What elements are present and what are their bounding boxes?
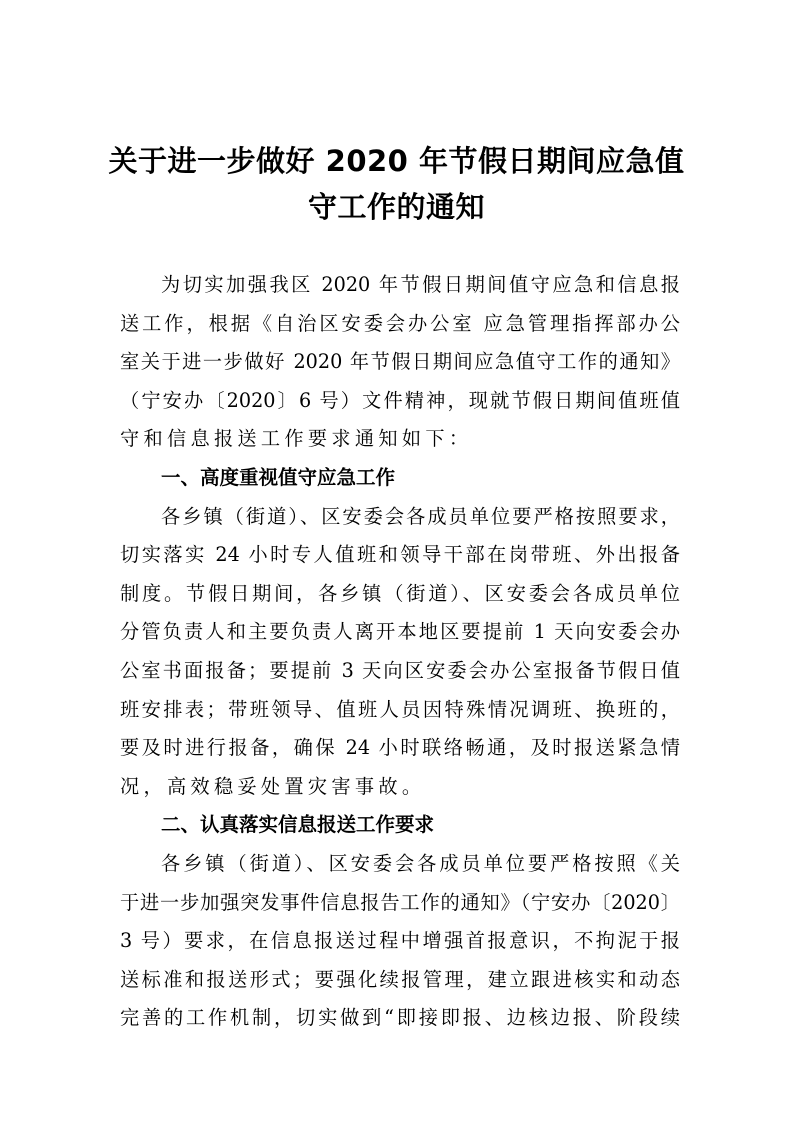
paragraph-line: 3 号）要求，在信息报送过程中增强首报意识，不拘泥于报 [120,922,680,961]
section-2: 二、认真落实信息报送工作要求 各乡镇（街道）、区安委会各成员单位要严格按照《关 … [120,806,680,1038]
paragraph-line: 室关于进一步做好 2020 年节假日期间应急值守工作的通知》 [120,343,680,382]
paragraph-line: 于进一步加强突发事件信息报告工作的通知》（宁安办〔2020〕 [120,884,680,923]
paragraph-line: 公室书面报备；要提前 3 天向区安委会办公室报备节假日值 [120,652,680,691]
paragraph-line: 完善的工作机制，切实做到“即接即报、边核边报、阶段续 [120,999,680,1038]
title-line-2: 守工作的通知 [100,184,693,230]
section-1: 一、高度重视值守应急工作 各乡镇（街道）、区安委会各成员单位要严格按照要求， 切… [120,459,680,806]
paragraph-line: 各乡镇（街道）、区安委会各成员单位要严格按照《关 [120,845,680,884]
paragraph-line: 为切实加强我区 2020 年节假日期间值守应急和信息报 [120,266,680,305]
paragraph-line: 送标准和报送形式；要强化续报管理，建立跟进核实和动态 [120,961,680,1000]
paragraph-line: 班安排表；带班领导、值班人员因特殊情况调班、换班的， [120,691,680,730]
section-heading: 一、高度重视值守应急工作 [120,459,680,498]
paragraph-line: 各乡镇（街道）、区安委会各成员单位要严格按照要求， [120,498,680,537]
paragraph-line: 守和信息报送工作要求通知如下： [120,420,680,459]
paragraph-line: （宁安办〔2020〕6 号）文件精神，现就节假日期间值班值 [120,382,680,421]
paragraph-line: 况，高效稳妥处置灾害事故。 [120,768,680,807]
title-line-1: 关于进一步做好 2020 年节假日期间应急值 [100,138,693,184]
paragraph-line: 分管负责人和主要负责人离开本地区要提前 1 天向安委会办 [120,613,680,652]
section-heading: 二、认真落实信息报送工作要求 [120,806,680,845]
document-page: 关于进一步做好 2020 年节假日期间应急值 守工作的通知 为切实加强我区 20… [0,0,793,1122]
intro-paragraph: 为切实加强我区 2020 年节假日期间值守应急和信息报 送工作，根据《自治区安委… [120,266,680,459]
paragraph-line: 切实落实 24 小时专人值班和领导干部在岗带班、外出报备 [120,536,680,575]
paragraph-line: 要及时进行报备，确保 24 小时联络畅通，及时报送紧急情 [120,729,680,768]
document-body: 为切实加强我区 2020 年节假日期间值守应急和信息报 送工作，根据《自治区安委… [120,266,680,1038]
document-title: 关于进一步做好 2020 年节假日期间应急值 守工作的通知 [100,138,693,230]
paragraph-line: 制度。节假日期间，各乡镇（街道）、区安委会各成员单位 [120,575,680,614]
paragraph-line: 送工作，根据《自治区安委会办公室 应急管理指挥部办公 [120,305,680,344]
